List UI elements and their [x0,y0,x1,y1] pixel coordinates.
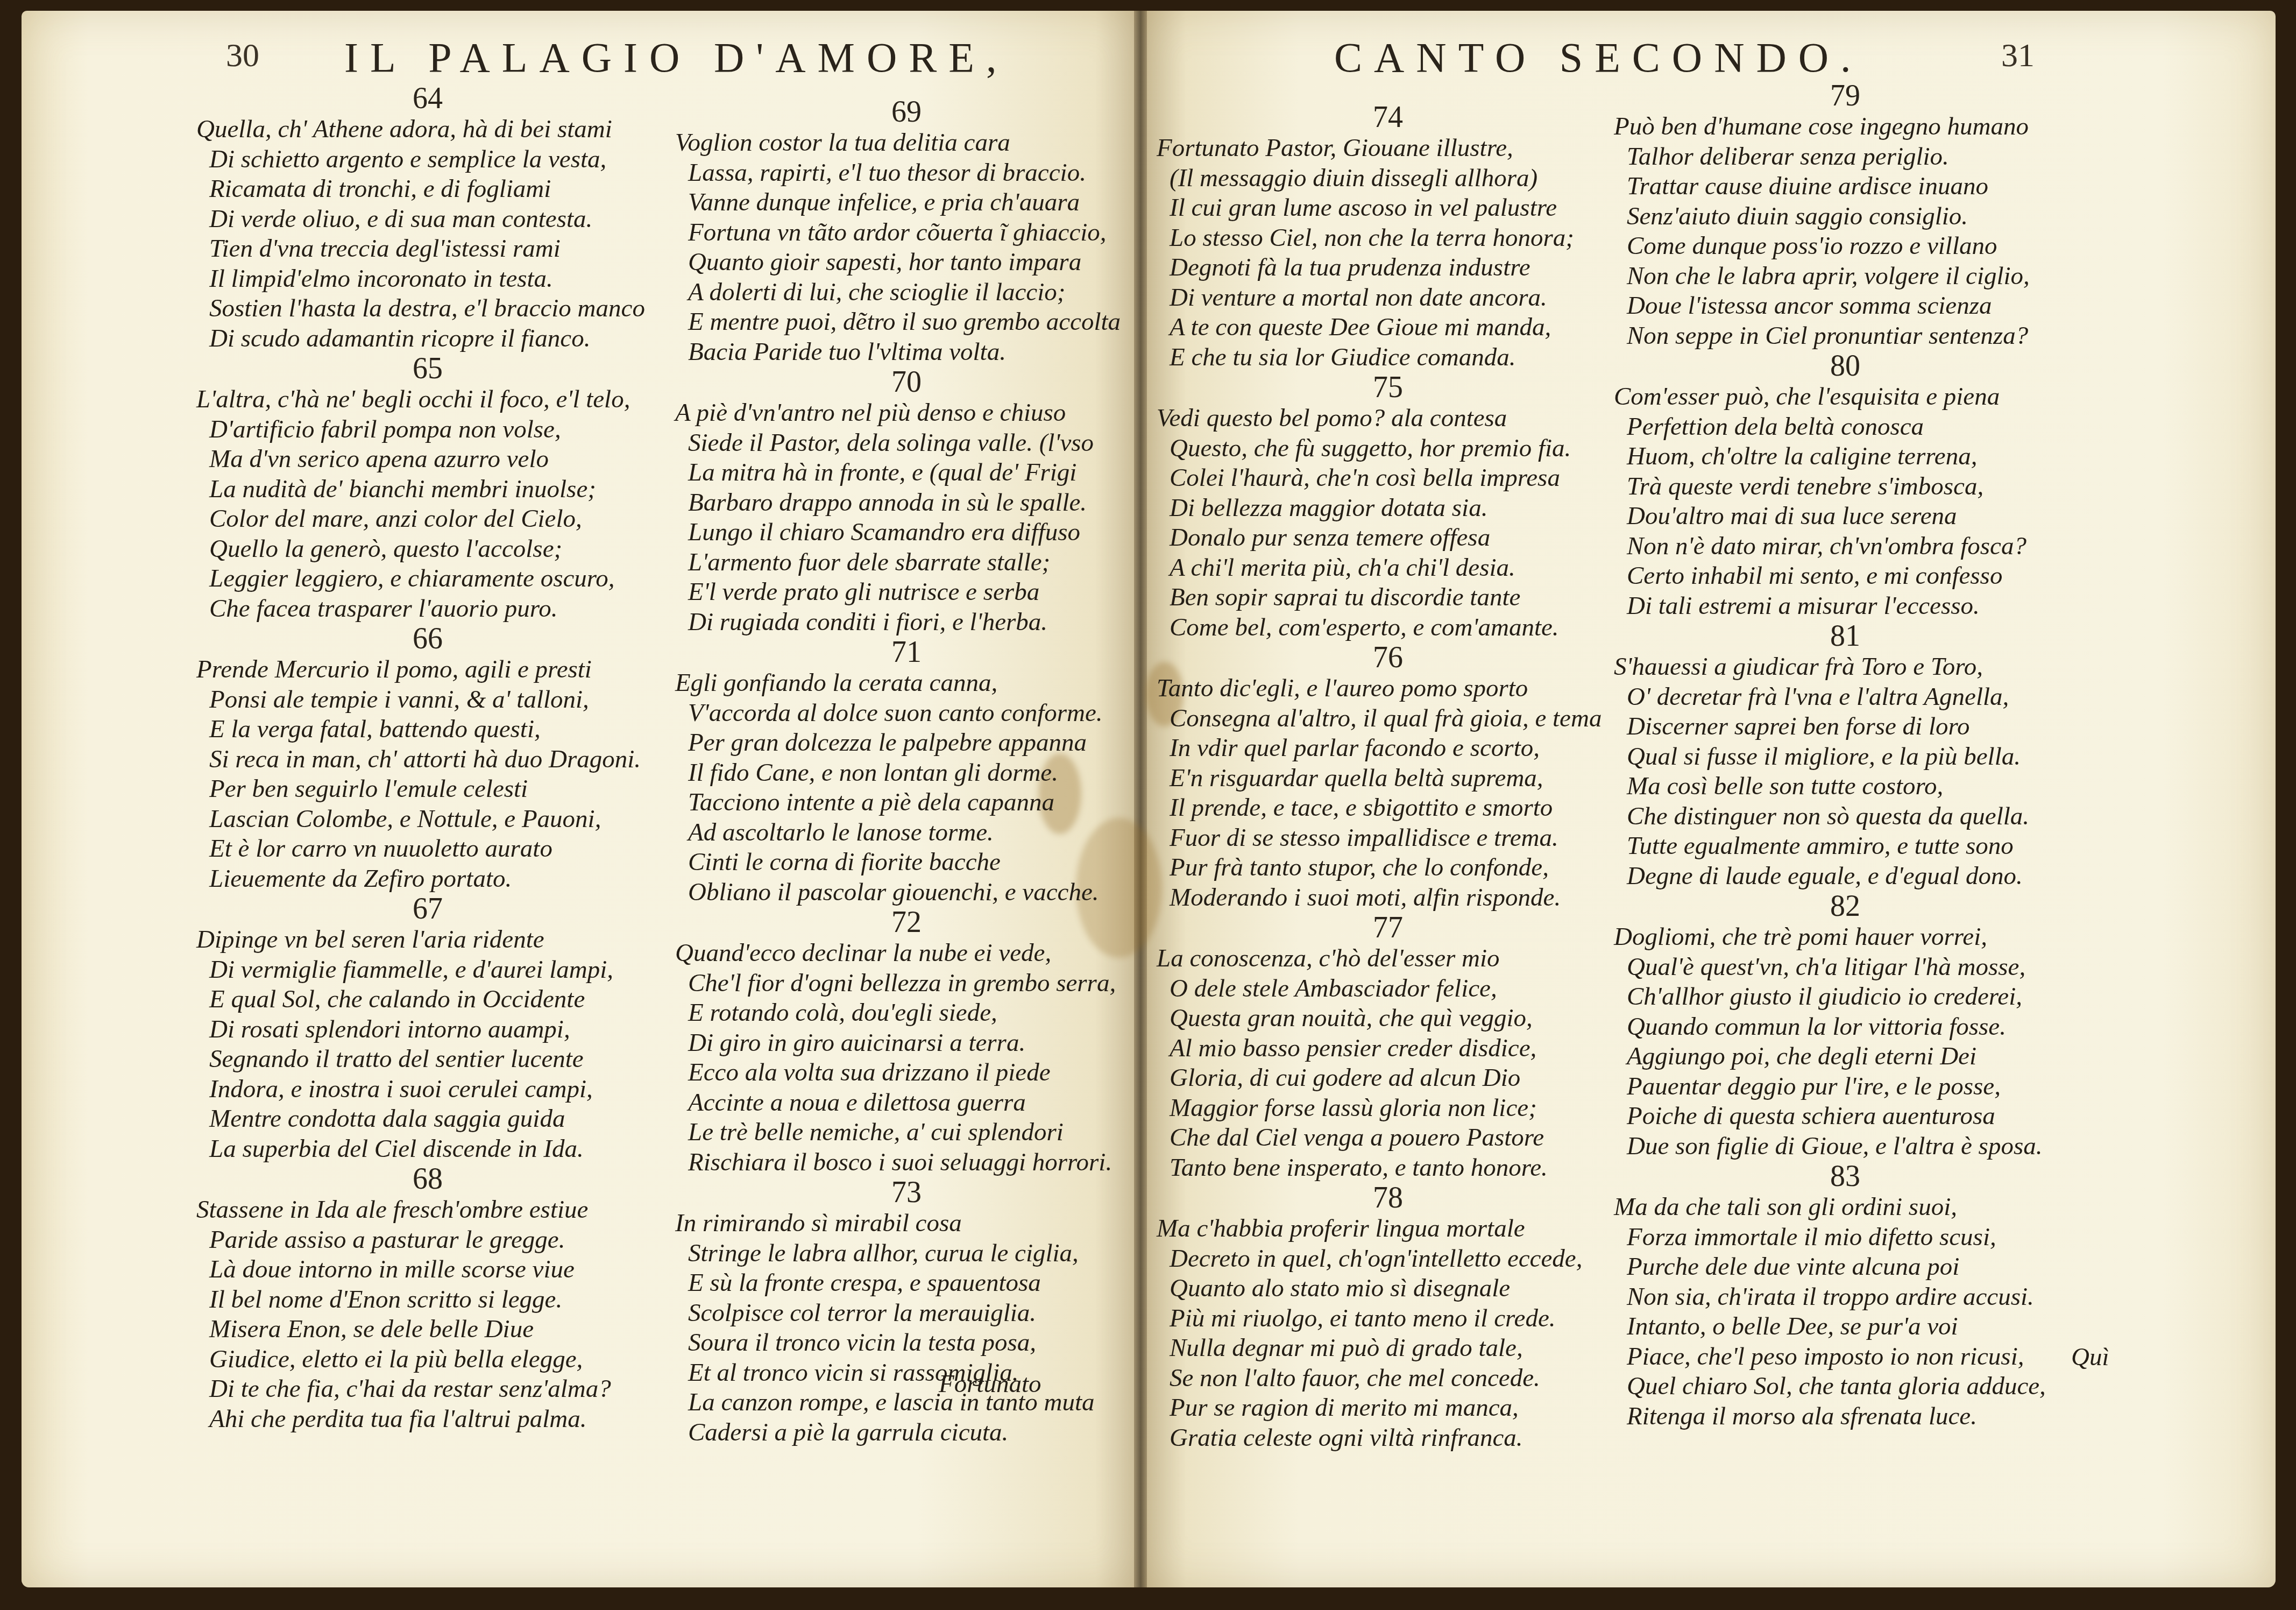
verse-line: Maggior forse lassù gloria non lice; [1157,1093,1619,1124]
verse-line: La canzon rompe, e lascia in tanto muta [675,1388,1138,1418]
verse-line: Quand'ecco declinar la nube ei vede, [675,938,1138,969]
verse-line: Pauentar deggio pur l'ire, e le posse, [1614,1072,2077,1102]
verse-line: Accinte a noua e dilettosa guerra [675,1088,1138,1118]
stanza-number: 69 [675,97,1138,128]
verse-line: Piace, che'l peso imposto io non ricusi, [1614,1342,2077,1372]
verse-line: Il prende, e tace, e sbigottito e smorto [1157,793,1619,823]
verse-line: S'hauessi a giudicar frà Toro e Toro, [1614,652,2077,682]
running-head-left: IL PALAGIO D'AMORE, [344,33,1008,82]
stanza: 74Fortunato Pastor, Giouane illustre,(Il… [1157,102,1619,372]
verse-line: Non seppe in Ciel pronuntiar sentenza? [1614,321,2077,351]
verse-line: Lo stesso Ciel, non che la terra honora; [1157,223,1619,253]
verse-line: Intanto, o belle Dee, se pur'a voi [1614,1312,2077,1342]
verse-line: Tacciono intente a piè dela capanna [675,788,1138,818]
verse-line: Non n'è dato mirar, ch'vn'ombra fosca? [1614,532,2077,562]
verse-line: Che facea trasparer l'auorio puro. [196,594,659,624]
verse-line: Decreto in quel, ch'ogn'intelletto ecced… [1157,1244,1619,1274]
verse-line: Ben sopir saprai tu discordie tante [1157,583,1619,613]
verse-line: Di te che fia, c'hai da restar senz'alma… [196,1374,659,1404]
stanza: 73In rimirando sì mirabil cosaStringe le… [675,1177,1138,1447]
verse-line: Tanto dic'egli, e l'aureo pomo sporto [1157,674,1619,704]
verse-line: Ricamata di tronchi, e di fogliami [196,174,659,204]
page-number-right: 31 [2001,37,2035,75]
verse-line: Giudice, eletto ei la più bella elegge, [196,1345,659,1375]
verse-line: Lassa, rapirti, e'l tuo thesor di bracci… [675,158,1138,188]
verse-line: Huom, ch'oltre la caligine terrena, [1614,442,2077,472]
stanza-number: 70 [675,367,1138,398]
verse-line: Di venture a mortal non date ancora. [1157,283,1619,313]
verse-line: Moderando i suoi moti, alfin risponde. [1157,883,1619,913]
verse-line: Vedi questo bel pomo? ala contesa [1157,404,1619,434]
verse-line: Perfettion dela beltà conosca [1614,412,2077,442]
verse-line: Donalo pur senza temere offesa [1157,523,1619,553]
verse-line: Ecco ala volta sua drizzano il piede [675,1058,1138,1088]
stanza-number: 79 [1614,81,2077,112]
verse-line: Leggier leggiero, e chiaramente oscuro, [196,564,659,594]
verse-line: Ma così belle son tutte costoro, [1614,772,2077,802]
verse-line: E che tu sia lor Giudice comanda. [1157,343,1619,373]
verse-line: Qual si fusse il migliore, e la più bell… [1614,742,2077,772]
verse-line: In rimirando sì mirabil cosa [675,1209,1138,1239]
verse-line: Quel chiaro Sol, che tanta gloria adduce… [1614,1372,2077,1402]
verse-line: E mentre puoi, dẽtro il suo grembo accol… [675,307,1138,337]
verse-line: Come bel, com'esperto, e com'amante. [1157,613,1619,643]
verse-line: Egli gonfiando la cerata canna, [675,668,1138,698]
verse-line: Certo inhabil mi sento, e mi confesso [1614,561,2077,591]
stanza: 81S'hauessi a giudicar frà Toro e Toro,O… [1614,621,2077,891]
stanza-number: 68 [196,1164,659,1195]
verse-line: E rotando colà, dou'egli siede, [675,998,1138,1028]
stanza: 83Ma da che tali son gli ordini suoi,For… [1614,1161,2077,1431]
verse-line: Per ben seguirlo l'emule celesti [196,774,659,804]
catchword-right: Quì [2071,1343,2109,1372]
verse-line: Talhor deliberar senza periglio. [1614,142,2077,172]
verse-line: Che'l fior d'ogni bellezza in grembo ser… [675,969,1138,999]
verse-line: Cinti le corna di fiorite bacche [675,848,1138,878]
verse-line: La conoscenza, c'hò del'esser mio [1157,944,1619,974]
verse-line: Quando commun la lor vittoria fosse. [1614,1012,2077,1042]
stanza-number: 74 [1157,102,1619,133]
verse-line: Com'esser può, che l'esquisita e piena [1614,382,2077,412]
verse-line: Di giro in giro auicinarsi a terra. [675,1028,1138,1058]
verse-line: Forza immortale il mio difetto scusi, [1614,1223,2077,1253]
stanza-number: 75 [1157,372,1619,404]
verse-line: La mitra hà in fronte, e (qual de' Frigi [675,458,1138,488]
verse-line: Purche dele due vinte alcuna poi [1614,1252,2077,1282]
stanza: 67Dipinge vn bel seren l'aria ridenteDi … [196,894,659,1164]
verse-line: Il limpid'elmo incoronato in testa. [196,264,659,294]
stanza-number: 78 [1157,1183,1619,1214]
verse-line: Se non l'alto fauor, che mel concede. [1157,1364,1619,1394]
verse-line: (Il messaggio diuin dissegli allhora) [1157,164,1619,194]
verse-line: Tutte egualmente ammiro, e tutte sono [1614,831,2077,862]
verse-line: Obliano il pascolar giouenchi, e vacche. [675,878,1138,908]
stanza: 80Com'esser può, che l'esquisita e piena… [1614,351,2077,621]
stanza-number: 77 [1157,913,1619,944]
verse-line: Di tali estremi a misurar l'eccesso. [1614,591,2077,622]
verse-line: Dou'altro mai di sua luce serena [1614,502,2077,532]
verse-line: Ad ascoltarlo le lanose torme. [675,818,1138,848]
stanza-number: 82 [1614,891,2077,922]
verse-line: Si reca in man, ch' attorti hà duo Drago… [196,745,659,775]
verse-line: Le trè belle nemiche, a' cui splendori [675,1118,1138,1148]
verse-line: E la verga fatal, battendo questi, [196,715,659,745]
left-page-column-2: 69Voglion costor la tua delitia caraLass… [675,97,1138,1447]
verse-line: Stringe le labra allhor, curua le ciglia… [675,1239,1138,1269]
verse-line: Discerner saprei ben forse di loro [1614,712,2077,742]
verse-line: Vanne dunque infelice, e pria ch'auara [675,188,1138,218]
verse-line: Voglion costor la tua delitia cara [675,128,1138,158]
running-head-right: CANTO SECONDO. [1334,33,1863,82]
verse-line: Non che le labra aprir, volgere il cigli… [1614,262,2077,292]
verse-line: Ma d'vn serico apena azurro velo [196,444,659,475]
verse-line: Lascian Colombe, e Nottule, e Pauoni, [196,804,659,835]
verse-line: Et al tronco vicin si rassomiglia. [675,1358,1138,1388]
verse-line: O dele stele Ambasciador felice, [1157,974,1619,1004]
verse-line: E qual Sol, che calando in Occidente [196,985,659,1015]
verse-line: Quella, ch' Athene adora, hà di bei stam… [196,115,659,145]
verse-line: Mentre condotta dala saggia guida [196,1104,659,1134]
stanza-number: 64 [196,83,659,115]
stanza: 70A piè d'vn'antro nel più denso e chius… [675,367,1138,637]
left-page-column-1: 64Quella, ch' Athene adora, hà di bei st… [196,83,659,1434]
verse-line: Può ben d'humane cose ingegno humano [1614,112,2077,142]
verse-line: Questo, che fù suggetto, hor premio fia. [1157,434,1619,464]
verse-line: Dogliomi, che trè pomi hauer vorrei, [1614,922,2077,952]
verse-line: Fuor di se stesso impallidisce e trema. [1157,823,1619,853]
stanza: 66Prende Mercurio il pomo, agili e prest… [196,624,659,894]
verse-line: Al mio basso pensier creder disdice, [1157,1034,1619,1064]
verse-line: Misera Enon, se dele belle Diue [196,1315,659,1345]
verse-line: Trattar cause diuine ardisce inuano [1614,172,2077,202]
stanza-number: 71 [675,637,1138,668]
verse-line: La superbia del Ciel discende in Ida. [196,1134,659,1164]
verse-line: Per gran dolcezza le palpebre appanna [675,728,1138,758]
stanza: 82Dogliomi, che trè pomi hauer vorrei,Qu… [1614,891,2077,1161]
stanza-number: 67 [196,894,659,925]
verse-line: Quello la generò, questo l'accolse; [196,534,659,564]
verse-line: A piè d'vn'antro nel più denso e chiuso [675,398,1138,428]
verse-line: E'l verde prato gli nutrisce e serba [675,577,1138,608]
verse-line: Più mi riuolgo, ei tanto meno il crede. [1157,1304,1619,1334]
verse-line: Rischiara il bosco i suoi seluaggi horro… [675,1148,1138,1178]
stanza: 68Stassene in Ida ale fresch'ombre estiu… [196,1164,659,1434]
stanza-number: 76 [1157,642,1619,674]
verse-line: Cadersi a piè la garrula cicuta. [675,1418,1138,1448]
stanza: 72Quand'ecco declinar la nube ei vede,Ch… [675,907,1138,1177]
verse-line: Degnoti fà la tua prudenza industre [1157,253,1619,283]
verse-line: D'artificio fabril pompa non volse, [196,415,659,445]
verse-line: Ritenga il morso ala sfrenata luce. [1614,1402,2077,1432]
verse-line: Senz'aiuto diuin saggio consiglio. [1614,202,2077,232]
page-number-left: 30 [226,37,259,75]
verse-line: Di vermiglie fiammelle, e d'aurei lampi, [196,955,659,985]
verse-line: Il bel nome d'Enon scritto si legge. [196,1285,659,1315]
verse-line: O' decretar frà l'vna e l'altra Agnella, [1614,682,2077,712]
verse-line: Gloria, di cui godere ad alcun Dio [1157,1063,1619,1093]
verse-line: Pur frà tanto stupor, che lo confonde, [1157,853,1619,883]
verse-line: Trà queste verdi tenebre s'imbosca, [1614,472,2077,502]
stanza: 76Tanto dic'egli, e l'aureo pomo sportoC… [1157,642,1619,913]
verse-line: V'accorda al dolce suon canto conforme. [675,698,1138,729]
verse-line: Di rosati splendori intorno auampi, [196,1015,659,1045]
verse-line: Di scudo adamantin ricopre il fianco. [196,324,659,354]
verse-line: Fortunato Pastor, Giouane illustre, [1157,133,1619,164]
verse-line: Bacia Paride tuo l'vltima volta. [675,337,1138,368]
catchword-left: Fortunato [939,1369,1041,1399]
verse-line: Pur se ragion di merito mi manca, [1157,1393,1619,1423]
verse-line: E'n risguardar quella beltà suprema, [1157,764,1619,794]
verse-line: Di rugiada conditi i fiori, e l'herba. [675,608,1138,638]
verse-line: Che dal Ciel venga a pouero Pastore [1157,1123,1619,1153]
verse-line: Indora, e inostra i suoi cerulei campi, [196,1075,659,1105]
verse-line: L'altra, c'hà ne' begli occhi il foco, e… [196,385,659,415]
verse-line: Ma da che tali son gli ordini suoi, [1614,1192,2077,1223]
verse-line: Non sia, ch'irata il troppo ardire accus… [1614,1282,2077,1312]
verse-line: Stassene in Ida ale fresch'ombre estiue [196,1195,659,1225]
verse-line: Ponsi ale tempie i vanni, & a' talloni, [196,685,659,715]
stanza-number: 66 [196,624,659,655]
stanza: 65L'altra, c'hà ne' begli occhi il foco,… [196,354,659,624]
stanza: 69Voglion costor la tua delitia caraLass… [675,97,1138,367]
verse-line: Ahi che perdita tua fia l'altrui palma. [196,1404,659,1435]
verse-line: Paride assiso a pasturar le gregge. [196,1225,659,1255]
verse-line: A dolerti di lui, che scioglie il laccio… [675,278,1138,308]
verse-line: L'armento fuor dele sbarrate stalle; [675,548,1138,578]
verse-line: Il fido Cane, e non lontan gli dorme. [675,758,1138,788]
verse-line: Che distinguer non sò questa da quella. [1614,802,2077,832]
verse-line: Color del mare, anzi color del Cielo, [196,504,659,534]
verse-line: Gratia celeste ogni viltà rinfranca. [1157,1423,1619,1453]
stanza: 78Ma c'habbia proferir lingua mortaleDec… [1157,1183,1619,1453]
verse-line: Siede il Pastor, dela solinga valle. (l'… [675,428,1138,458]
verse-line: Di verde oliuo, e di sua man contesta. [196,204,659,235]
verse-line: Due son figlie di Gioue, e l'altra è spo… [1614,1132,2077,1162]
verse-line: Segnando il tratto del sentier lucente [196,1044,659,1075]
verse-line: Doue l'istessa ancor somma scienza [1614,291,2077,321]
verse-line: Colei l'haurà, che'n così bella impresa [1157,463,1619,493]
stanza-number: 80 [1614,351,2077,382]
verse-line: Come dunque poss'io rozzo e villano [1614,231,2077,262]
verse-line: Di schietto argento e semplice la vesta, [196,145,659,175]
stanza: 75Vedi questo bel pomo? ala contesaQuest… [1157,372,1619,642]
verse-line: Dipinge vn bel seren l'aria ridente [196,925,659,955]
verse-line: Quanto alo stato mio sì disegnale [1157,1274,1619,1304]
verse-line: Fortuna vn tãto ardor cõuerta ĩ ghiaccio… [675,218,1138,248]
verse-line: Poiche di questa schiera auenturosa [1614,1101,2077,1132]
stanza-number: 83 [1614,1161,2077,1192]
verse-line: Aggiungo poi, che degli eterni Dei [1614,1042,2077,1072]
stanza: 64Quella, ch' Athene adora, hà di bei st… [196,83,659,354]
stanza: 77La conoscenza, c'hò del'esser mioO del… [1157,913,1619,1183]
verse-line: Nulla degnar mi può di grado tale, [1157,1333,1619,1364]
verse-line: La nudità de' bianchi membri inuolse; [196,475,659,505]
verse-line: Prende Mercurio il pomo, agili e presti [196,655,659,685]
verse-line: Lieuemente da Zefiro portato. [196,864,659,894]
verse-line: Qual'è quest'vn, ch'a litigar l'hà mosse… [1614,952,2077,983]
verse-line: Degne di laude eguale, e d'egual dono. [1614,862,2077,892]
verse-line: Di bellezza maggior dotata sia. [1157,493,1619,524]
verse-line: In vdir quel parlar facondo e scorto, [1157,733,1619,764]
verse-line: Quanto gioir sapesti, hor tanto impara [675,248,1138,278]
verse-line: Barbaro drappo annoda in sù le spalle. [675,488,1138,518]
verse-line: Ch'allhor giusto il giudicio io crederei… [1614,982,2077,1012]
stanza-number: 73 [675,1177,1138,1209]
verse-line: Tanto bene insperato, e tanto honore. [1157,1153,1619,1183]
verse-line: Scolpisce col terror la merauiglia. [675,1298,1138,1329]
verse-line: Lungo il chiaro Scamandro era diffuso [675,518,1138,548]
verse-line: A chi'l merita più, ch'a chi'l desia. [1157,553,1619,583]
verse-line: Il cui gran lume ascoso in vel palustre [1157,193,1619,223]
verse-line: Questa gran nouità, che quì veggio, [1157,1004,1619,1034]
verse-line: Et è lor carro vn nuuoletto aurato [196,834,659,864]
verse-line: Soura il tronco vicin la testa posa, [675,1328,1138,1358]
verse-line: Ma c'habbia proferir lingua mortale [1157,1214,1619,1244]
verse-line: Tien d'vna treccia degl'istessi rami [196,234,659,264]
stanza: 79Può ben d'humane cose ingegno humanoTa… [1614,81,2077,351]
verse-line: Sostien l'hasta la destra, e'l braccio m… [196,294,659,324]
verse-line: Consegna al'altro, il qual frà gioia, e … [1157,704,1619,734]
right-page-column-2: 79Può ben d'humane cose ingegno humanoTa… [1614,81,2077,1431]
verse-line: A te con queste Dee Gioue mi manda, [1157,313,1619,343]
stanza-number: 72 [675,907,1138,938]
stanza-number: 65 [196,354,659,385]
right-page-column-1: 74Fortunato Pastor, Giouane illustre,(Il… [1157,102,1619,1453]
verse-line: E sù la fronte crespa, e spauentosa [675,1268,1138,1298]
stanza-number: 81 [1614,621,2077,652]
stanza: 71Egli gonfiando la cerata canna,V'accor… [675,637,1138,907]
verse-line: Là doue intorno in mille scorse viue [196,1255,659,1285]
open-book: 30 IL PALAGIO D'AMORE, CANTO SECONDO. 31… [0,0,2296,1610]
